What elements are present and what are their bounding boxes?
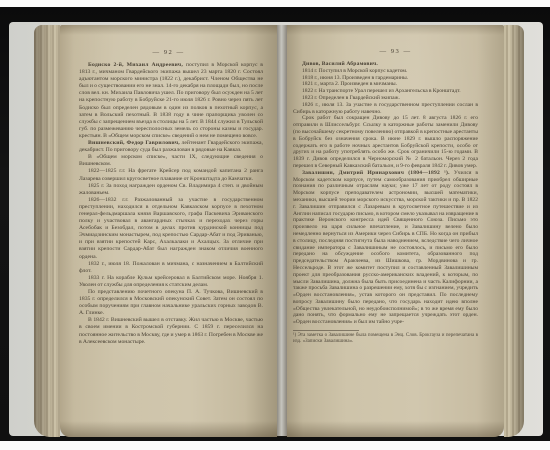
right-page: — 93 — Дивов, Василий Абрамович. 1814 г.… — [287, 25, 504, 437]
left-page-text: Бодиско 2-й, Михаил Андреевич, поступил … — [79, 62, 263, 346]
paragraph: По представлению почетного опекуна П. А.… — [79, 289, 263, 317]
paragraph: 1832 г., июля 18. Пожалован в мичмана, с… — [79, 261, 263, 275]
book-gutter-shadow — [277, 25, 287, 437]
paragraph: Дивов, Василий Абрамович. — [293, 61, 478, 68]
paragraph: 1823 г. Определен в Гвардейский экипаж. — [293, 95, 478, 102]
photo-background: — 92 — Бодиско 2-й, Михаил Андреевич, по… — [0, 7, 550, 441]
paragraph: Бодиско 2-й, Михаил Андреевич, поступил … — [79, 62, 263, 140]
paragraph: В 1842 г. Вишневский вышел в отставку. Ж… — [79, 317, 263, 345]
paragraph: 1821 г., марта 2. Произведен в мичманы. — [293, 81, 478, 88]
paragraph: 1822—1825 г.г. На фрегате Крейсер под ко… — [79, 168, 263, 182]
paragraph: 1825 г. За поход награжден орденом Св. В… — [79, 183, 263, 197]
entry-name: Бодиско 2-й, Михаил Андреевич, — [88, 62, 186, 68]
right-page-text: Дивов, Василий Абрамович. 1814 г. Поступ… — [293, 61, 478, 326]
paragraph: Завалишин, Дмитрий Иринархович (1804—189… — [293, 170, 478, 326]
photo-of-open-book: — 92 — Бодиско 2-й, Михаил Андреевич, по… — [0, 0, 550, 450]
paragraph: Срок работ был сокращен Дивову до 15 лет… — [293, 115, 478, 169]
paragraph: В «Общем морском списке», части IX, след… — [79, 154, 263, 168]
entry-name: Дивов, Василий Абрамович. — [302, 61, 378, 67]
paragraph: Вишневский, Федор Гаврилович, лейтенант … — [79, 140, 263, 154]
left-page-number: — 92 — — [60, 25, 277, 56]
right-page-edge-stack — [504, 25, 524, 437]
open-book: — 92 — Бодиско 2-й, Михаил Андреевич, по… — [34, 25, 524, 437]
left-page-edge-stack — [34, 25, 60, 437]
paragraph: 1833 г. На корабле Кульм крейсеровал в Б… — [79, 275, 263, 289]
paragraph: 1818 г., июня 13. Произведен в гардемари… — [293, 75, 478, 82]
paragraph: 1826—1832 г.г. Разжалованный за участие … — [79, 197, 263, 261]
footnote-text: ¹) Эта заметка о Завалишине была помещен… — [293, 333, 478, 345]
footnote-rule — [293, 330, 359, 331]
right-page-number: — 93 — — [287, 25, 504, 55]
paragraph: 1826 г., июля 13. За участие в государст… — [293, 102, 478, 116]
entry-name: Завалишин, Дмитрий Иринархович (1804—189… — [302, 170, 454, 176]
paragraph: 1814 г. Поступил в Морской корпус кадето… — [293, 68, 478, 75]
footnote-block: ¹) Эта заметка о Завалишине была помещен… — [293, 330, 478, 345]
paragraph: 1822 г. На транспорте Урал перешел из Ар… — [293, 88, 478, 95]
entry-name: Вишневский, Федор Гаврилович, — [88, 140, 182, 146]
left-page: — 92 — Бодиско 2-й, Михаил Андреевич, по… — [60, 25, 277, 437]
